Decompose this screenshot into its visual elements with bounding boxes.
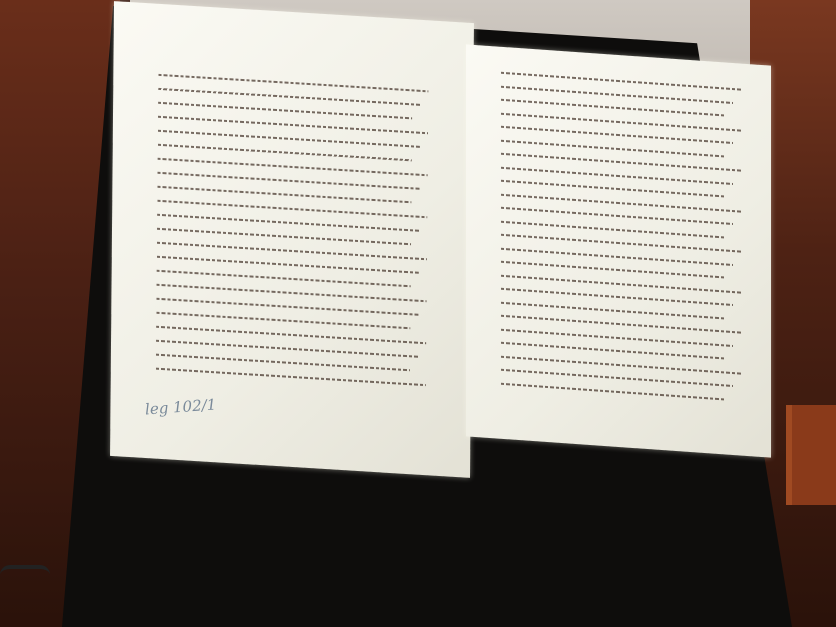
handwritten-line (158, 130, 420, 148)
handwritten-line (157, 228, 411, 246)
handwritten-line (501, 382, 725, 400)
handwritten-line (156, 340, 418, 358)
handwritten-line (156, 354, 410, 372)
handwritten-line (158, 172, 420, 190)
chair (0, 565, 50, 627)
handwritten-line (157, 270, 411, 288)
manuscript-page-right (466, 44, 771, 457)
handwritten-line (156, 312, 410, 330)
handwritten-line (157, 186, 411, 204)
handwritten-line (157, 256, 419, 274)
wooden-furniture (786, 405, 836, 505)
handwritten-line (156, 298, 418, 316)
handwritten-line (158, 102, 412, 120)
handwritten-line (157, 214, 419, 232)
handwritten-line (156, 368, 426, 387)
handwritten-line (158, 144, 412, 162)
handwritten-line (158, 88, 420, 106)
